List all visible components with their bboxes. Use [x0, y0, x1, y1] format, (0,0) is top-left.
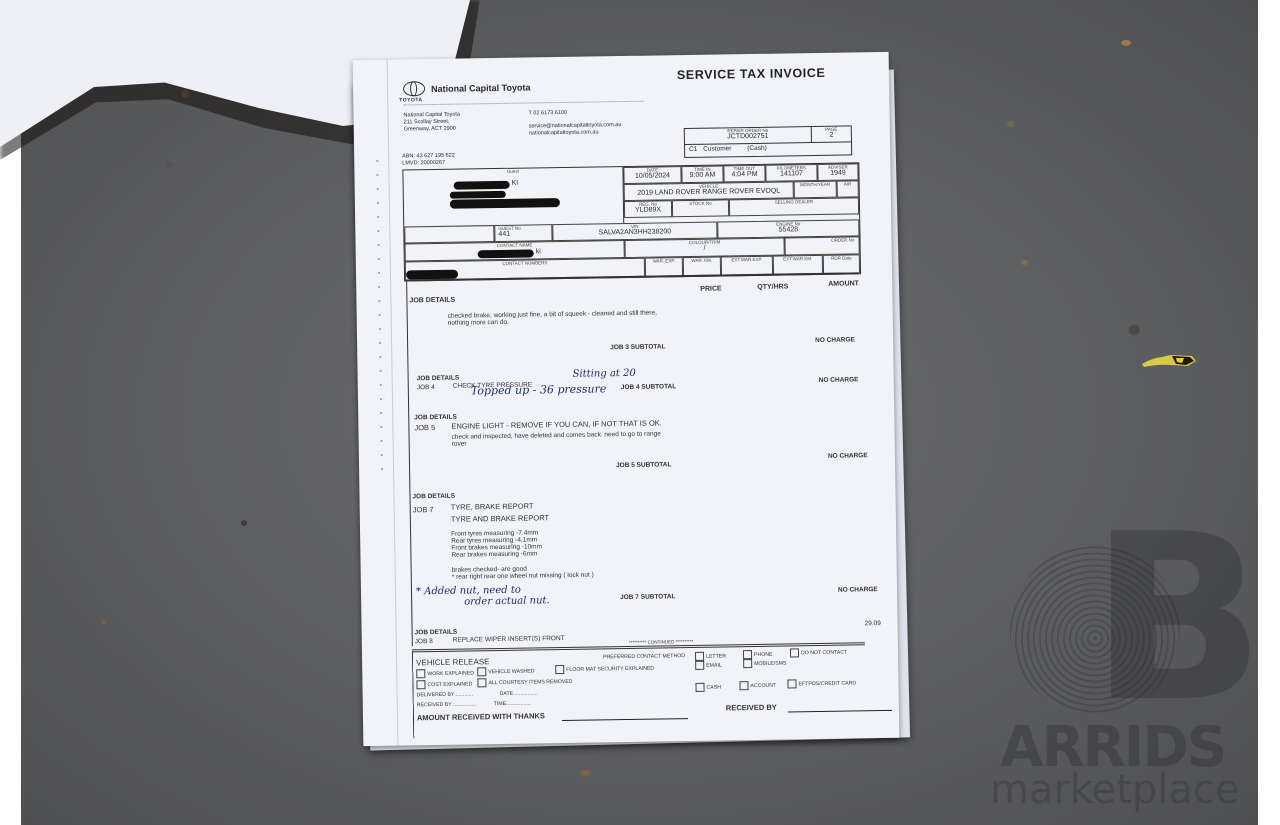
mobile-sms-checkbox[interactable]	[743, 659, 752, 668]
received-by-small-field[interactable]: RECEIVED BY :...............	[417, 701, 476, 708]
email-checkbox[interactable]	[695, 661, 704, 670]
continued-marker: ********** CONTINUED **********	[629, 639, 693, 645]
guest-name-suffix: KI	[512, 180, 519, 187]
redaction	[450, 198, 560, 209]
rdr-date-cell: RDR Date	[823, 254, 860, 274]
colour-value: /	[704, 245, 706, 252]
courtesy-items-checkbox[interactable]	[477, 678, 486, 687]
job-note: nothing more can do.	[448, 319, 509, 327]
handwritten-note: Sitting at 20	[573, 368, 636, 380]
guest-cell: Guest KI	[403, 167, 624, 226]
job-amount: NO CHARGE	[815, 336, 855, 344]
eftpos-checkbox[interactable]	[787, 679, 796, 688]
cash-checkbox[interactable]	[695, 683, 704, 692]
rdr-date-label: RDR Date	[824, 255, 859, 261]
letter-checkbox[interactable]	[695, 652, 704, 661]
job-note: checked brake, working just fine, a bit …	[448, 310, 657, 320]
job-number: JOB 7	[413, 505, 434, 514]
ext-war-km-cell: EXT.WAR.KM.	[773, 255, 823, 275]
debris-speck	[241, 520, 247, 526]
job-details-header: JOB DETAILS	[409, 297, 455, 305]
debris-speck	[101, 620, 106, 625]
dealer-logo: National Capital Toyota	[403, 79, 531, 96]
adviser-cell: ADVISER1949	[817, 163, 858, 181]
time-out-cell: TIME OUT4:04 PM	[723, 165, 765, 183]
stock-cell: STOCK No	[672, 199, 729, 217]
dealer-registration: ABN: 43 627 195 622 LMVD: 20000267	[402, 153, 455, 168]
checkbox-label: CASH	[706, 684, 721, 690]
redaction	[454, 181, 510, 190]
dealer-website: nationalcapitaltoyota.com.au	[529, 129, 622, 137]
do-not-contact-checkbox[interactable]	[790, 648, 799, 657]
checkbox-label: MOBILE/SMS	[754, 660, 786, 667]
work-explained-checkbox[interactable]	[416, 669, 425, 678]
job-heading: JOB DETAILS	[415, 629, 458, 637]
job-title: ENGINE LIGHT - REMOVE IF YOU CAN, IF NOT…	[451, 418, 662, 430]
checkbox-label: FLOOR MAT SECURITY EXPLAINED	[566, 665, 654, 672]
job-heading: JOB DETAILS	[414, 414, 457, 422]
debris-speck	[581, 770, 590, 776]
ext-war-exp-label: EXT.WAR.EXP.	[722, 257, 772, 263]
amount-received-label: AMOUNT RECEIVED WITH THANKS	[417, 711, 545, 722]
checkbox-label: PHONE	[754, 651, 773, 657]
adviser-value: 1949	[830, 170, 846, 177]
km-value: 141107	[780, 170, 803, 177]
dealer-name: National Capital Toyota	[431, 82, 530, 94]
job-amount: NO CHARGE	[828, 452, 868, 460]
job-subtotal-label: JOB 7 SUBTOTAL	[620, 593, 675, 601]
redaction	[478, 249, 534, 258]
guest-label: Guest	[403, 167, 622, 175]
repair-order-box: REPAIR ORDER No JCTD002751 PAGE 2 C1 Cus…	[684, 125, 852, 158]
guest-no-cell: GUEST No441	[494, 224, 552, 242]
job-number: JOB 8	[415, 638, 433, 645]
war-exp-label: WAR. EXP.	[646, 258, 682, 264]
handwritten-note: Topped up - 36 pressure	[471, 382, 607, 397]
contact-name-suffix: ki	[536, 248, 541, 255]
address-line: Greenway, ACT 2900	[404, 126, 461, 134]
reg-cell: REG. NoYLD89X	[624, 200, 672, 218]
floor-mat-checkbox[interactable]	[555, 665, 564, 674]
war-km-cell: WAR. KM.	[683, 256, 721, 276]
checkbox-label: DO NOT CONTACT	[801, 649, 847, 656]
checkbox-label: EFTPOS/CREDIT CARD	[798, 680, 856, 687]
vehicle-release-section: VEHICLE RELEASE WORK EXPLAINED VEHICLE W…	[412, 642, 866, 738]
yellow-debris	[1140, 352, 1198, 368]
contact-name-label: CONTACT NAME	[406, 241, 624, 249]
customer-code: C1	[689, 146, 697, 153]
air-cell: AIR	[837, 180, 859, 197]
redaction	[450, 191, 506, 199]
repair-order: REPAIR ORDER No JCTD002751	[685, 127, 812, 145]
checkbox-label: EMAIL	[706, 662, 722, 668]
job-subtotal-label: JOB 4 SUBTOTAL	[621, 383, 676, 391]
cost-explained-checkbox[interactable]	[416, 680, 425, 689]
time-in-value: 9:00 AM	[690, 172, 716, 179]
invoice-title: SERVICE TAX INVOICE	[677, 66, 826, 82]
phone-checkbox[interactable]	[743, 650, 752, 659]
amount-header: AMOUNT	[828, 280, 859, 287]
header-dotted-rule	[403, 101, 643, 106]
guest-no-value: 441	[498, 231, 510, 238]
checkbox-label: LETTER	[706, 653, 726, 659]
ext-war-km-label: EXT.WAR.KM.	[774, 256, 822, 262]
checkbox-label: VEHICLE WASHED	[488, 668, 534, 675]
price-header: PRICE	[700, 285, 722, 292]
handwritten-note: order actual nut.	[464, 595, 550, 607]
service-tax-invoice: National Capital Toyota TOYOTA National …	[353, 52, 900, 746]
order-label: ORDER No	[785, 237, 854, 243]
amount-received-line[interactable]	[562, 718, 688, 721]
checkbox-label: ACCOUNT	[750, 682, 776, 688]
contact-numbers-label: CONTACT NUMBERS	[406, 259, 644, 268]
job-amount: 29.09	[865, 620, 881, 627]
stock-label: STOCK No	[673, 200, 728, 206]
delivered-by-field[interactable]: DELIVERED BY ............	[417, 691, 474, 698]
blank-cell	[404, 225, 494, 243]
toyota-logo-icon	[403, 81, 425, 96]
war-exp-cell: WAR. EXP.	[645, 257, 683, 277]
fold-line	[387, 60, 399, 746]
debris-speck	[1021, 260, 1028, 265]
lmvd: LMVD: 20000267	[402, 160, 455, 168]
job-title: TYRE, BRAKE REPORT	[451, 501, 534, 511]
repair-order-value: JCTD002751	[727, 133, 768, 141]
release-date-field[interactable]: DATE.................	[500, 690, 538, 697]
ext-war-exp-cell: EXT.WAR.EXP.	[721, 256, 773, 276]
engine-value: 55428	[779, 226, 799, 233]
date-value: 10/05/2024	[635, 172, 670, 180]
job-title: REPLACE WIPER INSERT(S) FRONT	[453, 635, 565, 644]
qty-header: QTY/HRS	[757, 283, 788, 290]
account-checkbox[interactable]	[739, 681, 748, 690]
logo-text: TOYOTA	[399, 97, 422, 103]
job-heading: JOB DETAILS	[412, 493, 455, 501]
checkbox-label: ALL COURTESY ITEMS REMOVED	[488, 678, 572, 685]
vehicle-washed-checkbox[interactable]	[477, 667, 486, 676]
perforation	[376, 160, 383, 480]
dealer-contact: T 02 6173 6100 service@nationalcapitalto…	[528, 109, 621, 137]
job-number: JOB 5	[414, 423, 435, 432]
page-value: 2	[829, 132, 833, 139]
date-cell: DATE10/05/2024	[623, 166, 681, 184]
time-in-cell: TIME IN9:00 AM	[681, 165, 723, 183]
debris-speck	[1121, 40, 1131, 46]
job-amount: NO CHARGE	[838, 586, 878, 594]
selling-dealer-cell: SELLING DEALER	[729, 197, 859, 216]
job-number: JOB 4	[417, 384, 435, 391]
received-by-line[interactable]	[788, 710, 892, 713]
customer-type: C1 Customer (Cash)	[689, 145, 767, 153]
km-cell: KILOMETERS141107	[765, 164, 817, 182]
vehicle-release-title: VEHICLE RELEASE	[416, 657, 490, 667]
reg-value: YLD89X	[635, 206, 661, 213]
preferred-contact-label: PREFERRED CONTACT METHOD	[603, 653, 685, 660]
job-subtitle: TYRE AND BRAKE REPORT	[451, 513, 549, 524]
selling-dealer-label: SELLING DEALER	[730, 198, 858, 205]
checkbox-label: COST EXPLAINED	[427, 681, 472, 688]
job-amount: NO CHARGE	[819, 376, 859, 384]
air-label: AIR	[838, 181, 858, 186]
checkbox-label: WORK EXPLAINED	[427, 670, 474, 677]
customer-type-label: Customer	[703, 145, 731, 152]
war-km-label: WAR. KM.	[684, 258, 720, 264]
customer-vehicle-box: Guest KI DATE10/05/2024 TIME IN9:00 AM T…	[402, 162, 861, 281]
payment-type: (Cash)	[747, 145, 767, 152]
month-year-label: MONTH/YEAR	[795, 182, 836, 188]
release-time-field[interactable]: TIME.................	[494, 701, 531, 708]
vin-value: SALVA2AN3HH238200	[599, 228, 672, 236]
vehicle-value: 2019 LAND ROVER RANGE ROVER EVOQL	[637, 188, 780, 197]
page-number: PAGE 2	[812, 126, 851, 143]
job-note: * rear right rear one wheel nut missing …	[452, 572, 594, 581]
received-by-label: RECEIVED BY	[726, 703, 777, 713]
order-cell: ORDER No	[784, 236, 859, 255]
job-details-section: JOB DETAILS PRICE QTY/HRS AMOUNT checked…	[406, 274, 865, 646]
month-year-cell: MONTH/YEAR	[794, 181, 837, 199]
job-subtotal-label: JOB 3 SUBTOTAL	[610, 343, 665, 351]
job-note: check and inspected, have deleted and co…	[452, 430, 661, 440]
time-out-value: 4:04 PM	[731, 171, 757, 178]
dealer-address: National Capital Toyota 211 Scollay Stre…	[403, 112, 460, 134]
job-subtotal-label: JOB 5 SUBTOTAL	[616, 461, 671, 469]
job-note: rover	[452, 441, 467, 448]
dealer-phone: T 02 6173 6100	[528, 109, 621, 117]
measurement: Rear brakes measuring -6mm	[451, 550, 537, 558]
job-heading: JOB DETAILS	[417, 375, 460, 383]
